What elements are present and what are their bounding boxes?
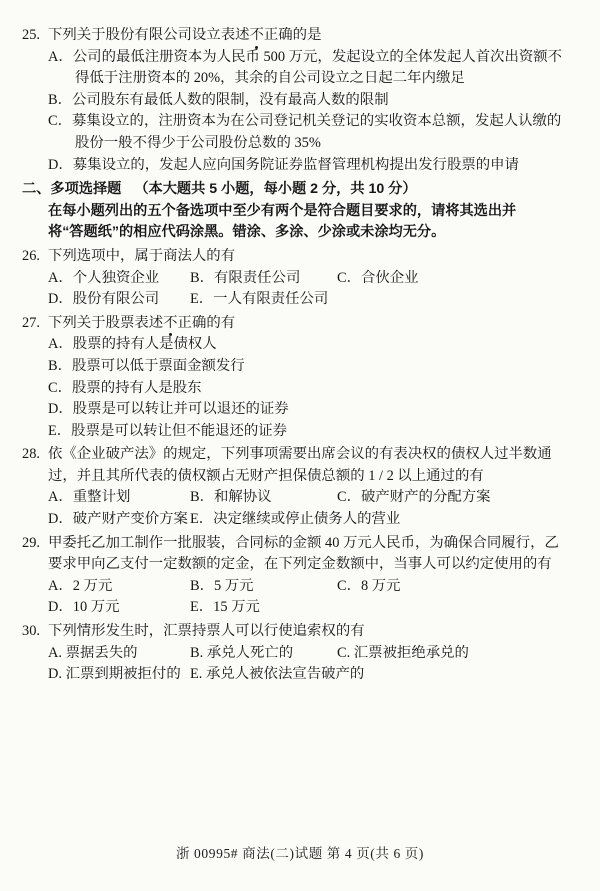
exam-body: 25. 下列关于股份有限公司设立表述不正确的是 A．公司的最低注册资本为人民币 … (22, 23, 572, 686)
option-26-e: E．一人有限责任公司 (190, 289, 337, 311)
section-title: 多项选择题 (50, 181, 121, 197)
question-26-options: A．个人独资企业 B．有限责任公司 C．合伙企业 D．股份有限公司 E．一人有限… (48, 268, 572, 311)
question-27-options: A．股票的持有人是债权人 B．股票可以低于票面金额发行 C．股票的持有人是股东 … (48, 334, 572, 442)
section-2-header: 二、 多项选择题（本大题共 5 小题，每小题 2 分，共 10 分） 在每小题列… (22, 179, 572, 244)
exam-page: 25. 下列关于股份有限公司设立表述不正确的是 A．公司的最低注册资本为人民币 … (0, 0, 600, 891)
question-25-stem: 下列关于股份有限公司设立表述不正确的是 (48, 25, 572, 47)
stem-text: 下列关于股份有限公司设立表述 (48, 27, 249, 43)
question-27-number: 27. (22, 313, 48, 335)
question-27: 27. 下列关于股票表述不正确的有 A．股票的持有人是债权人 B．股票可以低于票… (22, 313, 572, 443)
option-30-c: C. 汇票被拒绝承兑的 (337, 643, 572, 665)
question-30-stem: 下列情形发生时，汇票持票人可以行使追索权的有 (48, 621, 572, 643)
question-29-options: A．2 万元 B．5 万元 C．8 万元 D．10 万元 E．15 万元 (48, 576, 572, 619)
question-30-number: 30. (22, 621, 48, 643)
question-26-number: 26. (22, 246, 48, 268)
option-29-d: D．10 万元 (48, 597, 190, 619)
question-28: 28. 依《企业破产法》的规定，下列事项需要出席会议的有表决权的债权人过半数通过… (22, 444, 572, 530)
question-25-options: A．公司的最低注册资本为人民币 500 万元，发起设立的全体发起人首次出资额不得… (48, 47, 572, 177)
question-28-options: A．重整计划 B．和解协议 C．破产财产的分配方案 D．破产财产变价方案 E．决… (48, 487, 572, 530)
question-27-stem: 下列关于股票表述不正确的有 (48, 313, 572, 335)
option-27-d: D．股票是可以转让并可以退还的证券 (48, 399, 572, 421)
stem-text: 下列关于股票表述 (48, 315, 163, 331)
option-29-c: C．8 万元 (337, 576, 572, 598)
question-30-options: A. 票据丢失的 B. 承兑人死亡的 C. 汇票被拒绝承兑的 D. 汇票到期被拒… (48, 643, 572, 686)
option-28-d: D．破产财产变价方案 (48, 509, 190, 531)
option-28-b: B．和解协议 (190, 487, 337, 509)
option-27-b: B．股票可以低于票面金额发行 (48, 356, 572, 378)
page-footer: 浙 00995# 商法(二)试题 第 4 页(共 6 页) (0, 843, 600, 865)
emphasis-dot-char: 不 (163, 313, 177, 335)
question-26: 26. 下列选项中，属于商法人的有 A．个人独资企业 B．有限责任公司 C．合伙… (22, 246, 572, 311)
option-29-e: E．15 万元 (190, 597, 337, 619)
option-29-a: A．2 万元 (48, 576, 190, 598)
question-25: 25. 下列关于股份有限公司设立表述不正确的是 A．公司的最低注册资本为人民币 … (22, 25, 572, 176)
emphasis-dot-char: 不 (249, 25, 263, 47)
option-30-b: B. 承兑人死亡的 (190, 643, 337, 665)
stem-text: 正确的有 (178, 315, 236, 331)
section-instructions: 在每小题列出的五个备选项中至少有两个是符合题目要求的，请将其选出并将“答题纸”的… (48, 201, 540, 244)
option-29-b: B．5 万元 (190, 576, 337, 598)
section-number: 二、 (22, 179, 50, 201)
question-26-stem: 下列选项中，属于商法人的有 (48, 246, 572, 268)
option-27-a: A．股票的持有人是债权人 (48, 334, 572, 356)
option-26-d: D．股份有限公司 (48, 289, 190, 311)
stem-text: 正确的是 (264, 27, 322, 43)
section-points: （本大题共 5 小题，每小题 2 分，共 10 分） (134, 181, 416, 197)
option-25-d: D．募集设立的，发起人应向国务院证券监督管理机构提出发行股票的申请 (48, 155, 572, 177)
option-26-a: A．个人独资企业 (48, 268, 190, 290)
option-28-a: A．重整计划 (48, 487, 190, 509)
option-27-c: C．股票的持有人是股东 (48, 378, 572, 400)
option-25-a: A．公司的最低注册资本为人民币 500 万元，发起设立的全体发起人首次出资额不得… (48, 47, 572, 90)
option-25-c: C．募集设立的，注册资本为在公司登记机关登记的实收资本总额，发起人认缴的股份一般… (48, 111, 572, 154)
option-26-b: B．有限责任公司 (190, 268, 337, 290)
option-30-d: D. 汇票到期被拒付的 (48, 664, 190, 686)
option-28-e: E．决定继续或停止债务人的营业 (190, 509, 337, 531)
section-title-row: 多项选择题（本大题共 5 小题，每小题 2 分，共 10 分） (50, 179, 572, 201)
question-28-stem: 依《企业破产法》的规定，下列事项需要出席会议的有表决权的债权人过半数通过，并且其… (48, 444, 572, 487)
question-29-number: 29. (22, 533, 48, 576)
question-28-number: 28. (22, 444, 48, 487)
question-30: 30. 下列情形发生时，汇票持票人可以行使追索权的有 A. 票据丢失的 B. 承… (22, 621, 572, 686)
question-29-stem: 甲委托乙加工制作一批服装，合同标的金额 40 万元人民币，为确保合同履行，乙要求… (48, 533, 572, 576)
option-28-c: C．破产财产的分配方案 (337, 487, 572, 509)
option-30-e: E. 承兑人被依法宣告破产的 (190, 664, 337, 686)
question-25-number: 25. (22, 25, 48, 47)
option-25-b: B．公司股东有最低人数的限制，没有最高人数的限制 (48, 90, 572, 112)
option-26-c: C．合伙企业 (337, 268, 572, 290)
question-29: 29. 甲委托乙加工制作一批服装，合同标的金额 40 万元人民币，为确保合同履行… (22, 533, 572, 619)
option-30-a: A. 票据丢失的 (48, 643, 190, 665)
option-27-e: E．股票是可以转让但不能退还的证券 (48, 421, 572, 443)
